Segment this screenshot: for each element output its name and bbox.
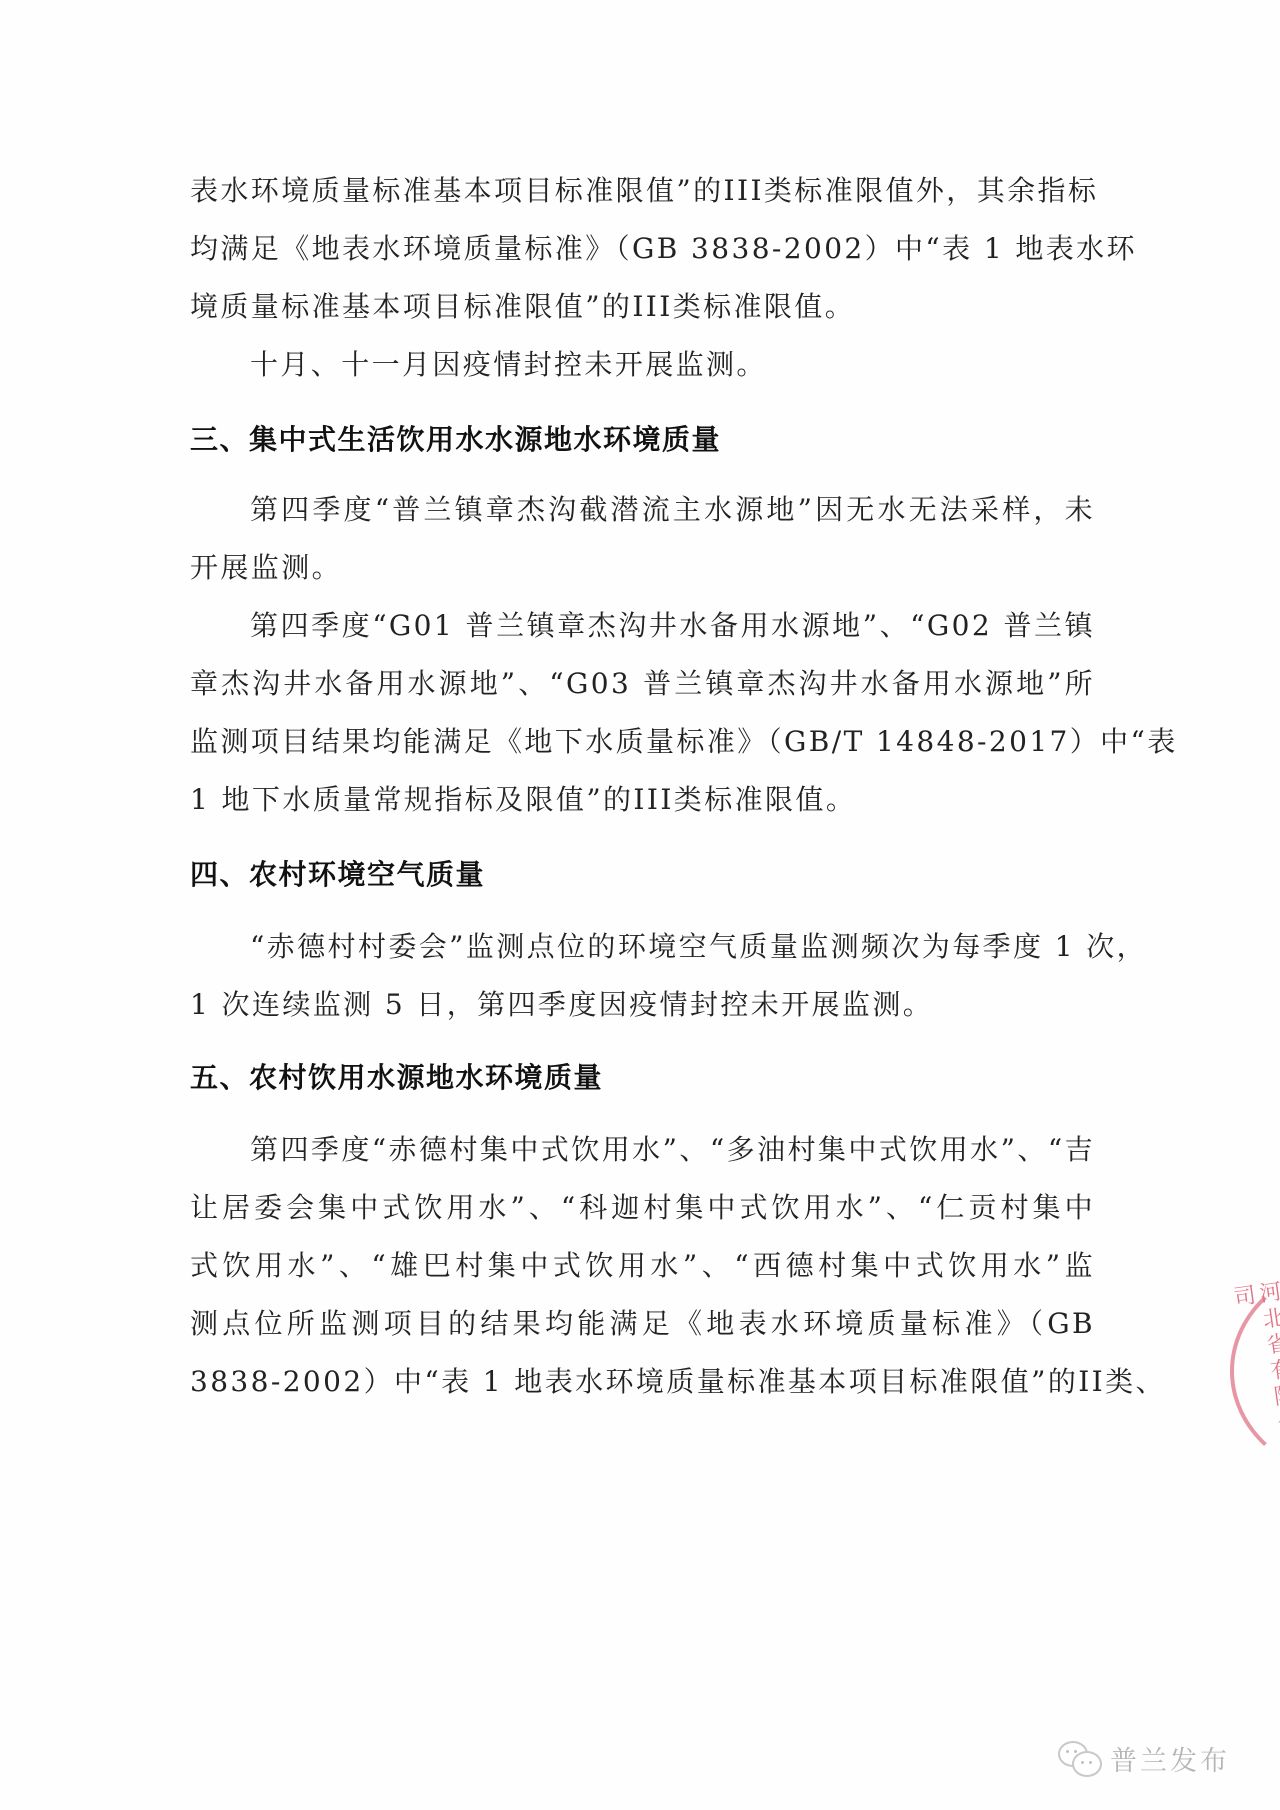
paragraph-line: 1 地下水质量常规指标及限值”的III类标准限值。 — [190, 780, 1095, 820]
paragraph-line: 章杰沟井水备用水源地”、“G03 普兰镇章杰沟井水备用水源地”所 — [190, 664, 1095, 704]
paragraph-line: 表水环境质量标准基本项目标准限值”的III类标准限值外，其余指标 — [190, 171, 1095, 211]
paragraph-no-monitoring: 十月、十一月因疫情封控未开展监测。 — [250, 345, 1095, 385]
paragraph-line: 让居委会集中式饮用水”、“科迦村集中式饮用水”、“仁贡村集中 — [190, 1188, 1095, 1228]
paragraph-line: 测点位所监测项目的结果均能满足《地表水环境质量标准》（GB — [190, 1304, 1095, 1344]
paragraph-line: “赤德村村委会”监测点位的环境空气质量监测频次为每季度 1 次， — [250, 927, 1095, 967]
paragraph-line: 第四季度“G01 普兰镇章杰沟井水备用水源地”、“G02 普兰镇 — [250, 606, 1095, 646]
document-page: 表水环境质量标准基本项目标准限值”的III类标准限值外，其余指标 均满足《地表水… — [0, 0, 1280, 1810]
paragraph-line: 第四季度“赤德村集中式饮用水”、“多油村集中式饮用水”、“吉 — [250, 1130, 1095, 1170]
section-heading-3: 三、集中式生活饮用水水源地水环境质量 — [190, 420, 721, 460]
paragraph-line: 式饮用水”、“雄巴村集中式饮用水”、“西德村集中式饮用水”监 — [190, 1246, 1095, 1286]
paragraph-line: 1 次连续监测 5 日，第四季度因疫情封控未开展监测。 — [190, 985, 1095, 1025]
paragraph-line: 监测项目结果均能满足《地下水质量标准》（GB/T 14848-2017）中“表 — [190, 722, 1095, 762]
paragraph-line: 3838-2002）中“表 1 地表水环境质量标准基本项目标准限值”的II类、 — [190, 1362, 1095, 1402]
watermark-label: 普兰发布 — [1110, 1739, 1230, 1778]
section-heading-5: 五、农村饮用水源地水环境质量 — [190, 1058, 603, 1098]
paragraph-line: 境质量标准基本项目标准限值”的III类标准限值。 — [190, 287, 1095, 327]
wechat-watermark: 普兰发布 — [1058, 1738, 1230, 1778]
section-heading-4: 四、农村环境空气质量 — [190, 855, 485, 895]
paragraph-line: 均满足《地表水环境质量标准》（GB 3838-2002）中“表 1 地表水环 — [190, 229, 1095, 269]
paragraph-line: 第四季度“普兰镇章杰沟截潜流主水源地”因无水无法采样，未 — [250, 490, 1095, 530]
paragraph-line: 开展监测。 — [190, 548, 1095, 588]
official-seal-stamp: 河北省有限公司 — [1222, 1262, 1280, 1462]
wechat-icon — [1058, 1739, 1102, 1777]
